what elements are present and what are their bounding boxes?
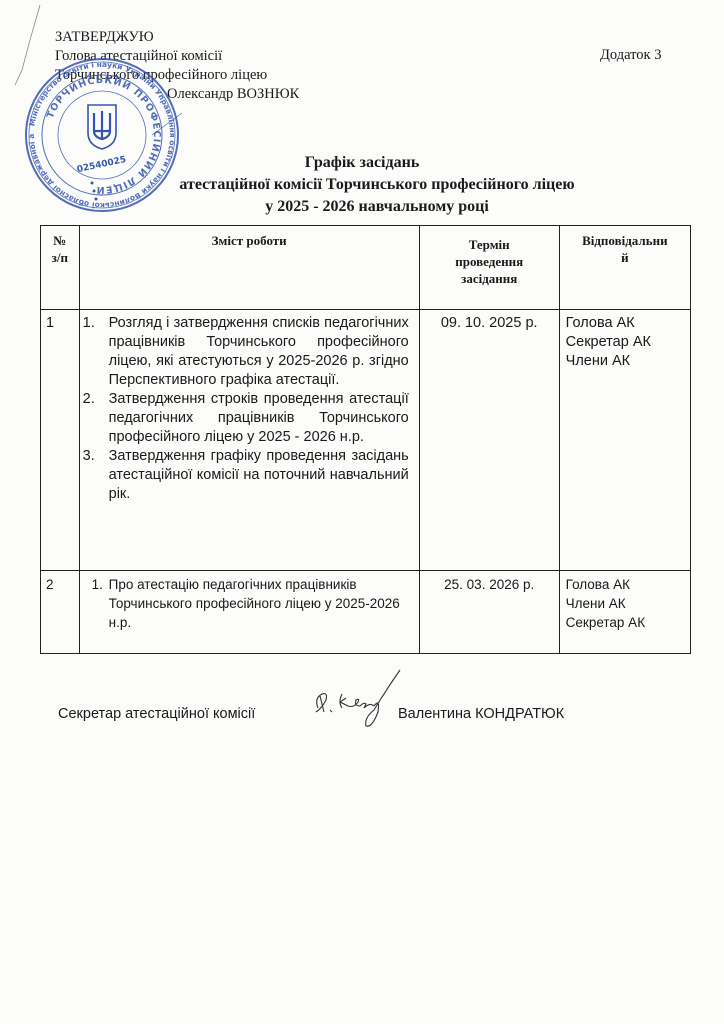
row-responsible: Голова АК Секретар АК Члени АК (559, 310, 690, 571)
header-content: Зміст роботи (79, 226, 419, 310)
list-item: 2.Затвердження строків проведення атеста… (80, 390, 409, 447)
schedule-table: №з/п Зміст роботи Термінпроведеннязасіда… (40, 225, 691, 654)
handwritten-signature (300, 668, 410, 738)
header-responsible: Відповідальний (559, 226, 690, 310)
list-item: 1.Розгляд і затвердження списків педагог… (80, 314, 409, 390)
approval-heading: ЗАТВЕРДЖУЮ (55, 28, 299, 47)
list-item: 3.Затвердження графіку проведення засіда… (80, 447, 409, 504)
row-number: 2 (41, 571, 80, 654)
table-header-row: №з/п Зміст роботи Термінпроведеннязасіда… (41, 226, 691, 310)
row-date: 09. 10. 2025 р. (419, 310, 559, 571)
appendix-label: Додаток 3 (600, 47, 661, 64)
signatory-name: Валентина КОНДРАТЮК (398, 706, 564, 722)
row-date: 25. 03. 2026 р. (419, 571, 559, 654)
table-row: 1 1.Розгляд і затвердження списків педаг… (41, 310, 691, 571)
row-content: 1.Про атестацію педагогічних працівників… (79, 571, 419, 654)
header-number: №з/п (41, 226, 80, 310)
list-item: 1.Про атестацію педагогічних працівників… (84, 575, 409, 632)
title-line: у 2025 - 2026 навчальному році (0, 196, 724, 218)
table-row: 2 1.Про атестацію педагогічних працівник… (41, 571, 691, 654)
document-title: Графік засідань атестаційної комісії Тор… (0, 152, 724, 218)
trident-icon (88, 105, 116, 149)
header-date: Термінпроведеннязасідання (419, 226, 559, 310)
row-responsible: Голова АК Члени АК Секретар АК (559, 571, 690, 654)
title-line: атестаційної комісії Торчинського профес… (0, 174, 724, 196)
signatory-role: Секретар атестаційної комісії (58, 706, 255, 722)
row-content: 1.Розгляд і затвердження списків педагог… (79, 310, 419, 571)
title-line: Графік засідань (0, 152, 724, 174)
row-number: 1 (41, 310, 80, 571)
